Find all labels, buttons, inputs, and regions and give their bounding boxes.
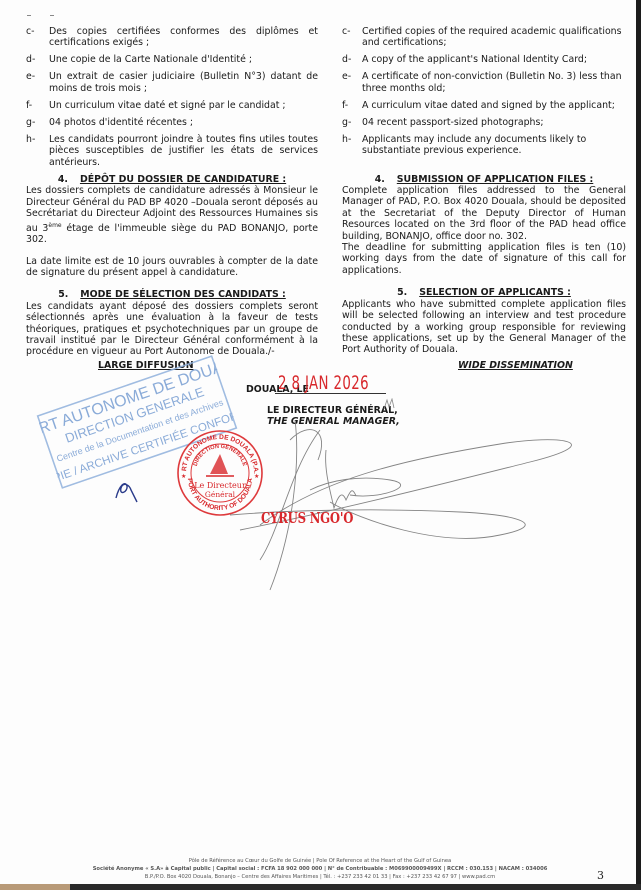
- item-text: Certified copies of the required academi…: [362, 26, 626, 49]
- handwritten-signature: [200, 400, 640, 600]
- document-page: c-Des copies certifiées conformes des di…: [0, 0, 636, 884]
- page-footer: Pôle de Référence au Cœur du Golfe de Gu…: [80, 857, 560, 881]
- section-title: SELECTION OF APPLICANTS :: [419, 287, 571, 298]
- list-item: f-Un curriculum vitae daté et signé par …: [26, 100, 318, 111]
- item-label: e-: [26, 71, 49, 94]
- deadline-paragraph-en: The deadline for submitting application …: [342, 242, 626, 276]
- item-label: f-: [26, 100, 49, 111]
- item-text: Applicants may include any documents lik…: [362, 134, 626, 157]
- list-item: d-A copy of the applicant's National Ide…: [342, 54, 626, 65]
- section-number: 5.: [58, 289, 68, 300]
- list-item: c-Certified copies of the required acade…: [342, 26, 626, 49]
- item-text: 04 recent passport-sized photographs;: [362, 117, 626, 128]
- item-text: Un curriculum vitae daté et signé par le…: [49, 100, 318, 111]
- item-text: Une copie de la Carte Nationale d'Identi…: [49, 54, 318, 65]
- item-text: A curriculum vitae dated and signed by t…: [362, 100, 626, 111]
- section-title: SUBMISSION OF APPLICATION FILES :: [397, 174, 593, 185]
- item-text: Des copies certifiées conformes des dipl…: [49, 26, 318, 49]
- scan-edge-right: [636, 0, 641, 890]
- required-documents-list-fr: c-Des copies certifiées conformes des di…: [26, 26, 318, 168]
- deadline-paragraph-fr: La date limite est de 10 jours ouvrables…: [26, 256, 318, 279]
- item-label: d-: [342, 54, 362, 65]
- item-label: c-: [26, 26, 49, 49]
- item-text: A certificate of non-conviction (Bulleti…: [362, 71, 626, 94]
- wide-dissemination-label: WIDE DISSEMINATION: [458, 360, 573, 371]
- section-title: DÉPÔT DU DOSSIER DE CANDIDATURE :: [80, 174, 286, 185]
- initials-scribble: [113, 476, 139, 504]
- text-run: étage de l'immeuble siège du PAD BONANJO…: [26, 223, 318, 245]
- list-item: g-04 photos d'identité récentes ;: [26, 117, 318, 128]
- item-text: Un extrait de casier judiciaire (Bulleti…: [49, 71, 318, 94]
- signatory-name: CYRUS NGO'O: [261, 509, 353, 527]
- english-column: c-Certified copies of the required acade…: [342, 26, 626, 356]
- footer-tagline: Pôle de Référence au Cœur du Golfe de Gu…: [80, 857, 560, 865]
- page-number: 3: [597, 869, 604, 882]
- item-label: d-: [26, 54, 49, 65]
- list-item: g-04 recent passport-sized photographs;: [342, 117, 626, 128]
- section-4-paragraph-fr: Les dossiers complets de candidature adr…: [26, 185, 318, 245]
- item-text: Les candidats pourront joindre à toutes …: [49, 134, 318, 168]
- superscript: ème: [48, 222, 61, 229]
- section-5-heading-en: 5.SELECTION OF APPLICANTS :: [342, 287, 626, 298]
- list-item: h-Applicants may include any documents l…: [342, 134, 626, 157]
- list-item: c-Des copies certifiées conformes des di…: [26, 26, 318, 49]
- section-number: 4.: [58, 174, 68, 185]
- item-label: g-: [342, 117, 362, 128]
- scan-mark: [50, 15, 54, 16]
- section-4-paragraph-en: Complete application files addressed to …: [342, 185, 626, 242]
- list-item: d-Une copie de la Carte Nationale d'Iden…: [26, 54, 318, 65]
- section-4-heading-fr: 4.DÉPÔT DU DOSSIER DE CANDIDATURE :: [26, 174, 318, 185]
- list-item: e-A certificate of non-conviction (Bulle…: [342, 71, 626, 94]
- item-label: f-: [342, 100, 362, 111]
- item-label: h-: [342, 134, 362, 157]
- section-5-paragraph-en: Applicants who have submitted complete a…: [342, 299, 626, 356]
- item-label: e-: [342, 71, 362, 94]
- signature-date: 2 8 JAN 2026: [278, 372, 369, 394]
- list-item: e-Un extrait de casier judiciaire (Bulle…: [26, 71, 318, 94]
- section-number: 4.: [375, 174, 385, 185]
- item-label: h-: [26, 134, 49, 168]
- scan-mark: [27, 15, 31, 16]
- section-title: MODE DE SÉLECTION DES CANDIDATS :: [80, 289, 286, 300]
- required-documents-list-en: c-Certified copies of the required acade…: [342, 26, 626, 157]
- scan-edge-bottom: [0, 884, 641, 890]
- footer-contact-info: B.P./P.O. Box 4020 Douala, Bonanjo – Cen…: [80, 873, 560, 881]
- svg-text:★: ★: [181, 473, 186, 480]
- section-number: 5.: [397, 287, 407, 298]
- list-item: h-Les candidats pourront joindre à toute…: [26, 134, 318, 168]
- section-5-paragraph-fr: Les candidats ayant déposé des dossiers …: [26, 301, 318, 358]
- item-label: g-: [26, 117, 49, 128]
- item-text: A copy of the applicant's National Ident…: [362, 54, 626, 65]
- footer-company-info: Société Anonyme « S.A» à Capital public …: [80, 865, 560, 873]
- item-text: 04 photos d'identité récentes ;: [49, 117, 318, 128]
- date-underline: [275, 393, 386, 394]
- section-4-heading-en: 4.SUBMISSION OF APPLICATION FILES :: [342, 174, 626, 185]
- item-label: c-: [342, 26, 362, 49]
- french-column: c-Des copies certifiées conformes des di…: [26, 26, 318, 358]
- list-item: f-A curriculum vitae dated and signed by…: [342, 100, 626, 111]
- section-5-heading-fr: 5.MODE DE SÉLECTION DES CANDIDATS :: [26, 289, 318, 300]
